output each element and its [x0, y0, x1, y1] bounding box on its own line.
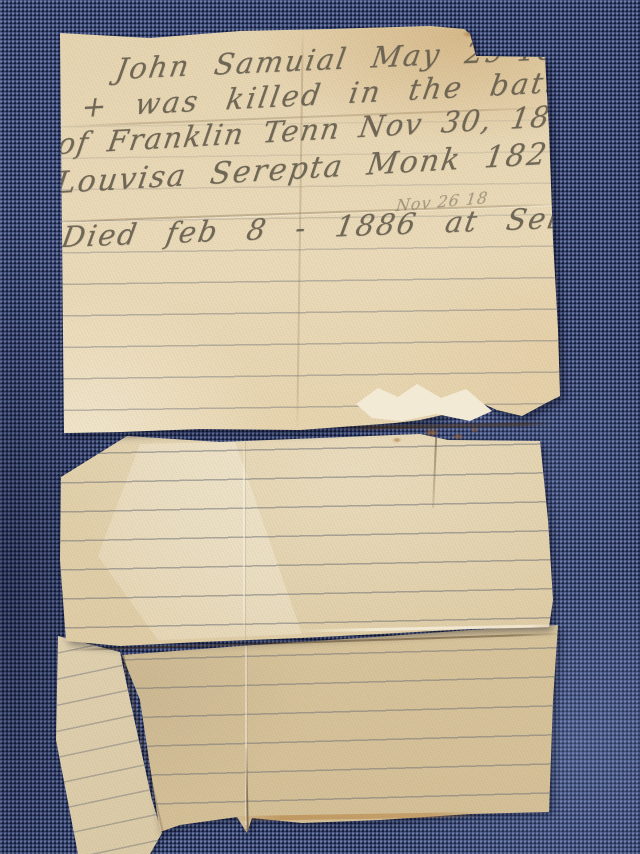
paper-top-shadow: John Samuial May 29-1822 + was killed in…	[0, 0, 640, 854]
photo-scene: John Samuial May 29-1822 + was killed in…	[0, 0, 640, 854]
paper-top-section: John Samuial May 29-1822 + was killed in…	[0, 0, 640, 854]
